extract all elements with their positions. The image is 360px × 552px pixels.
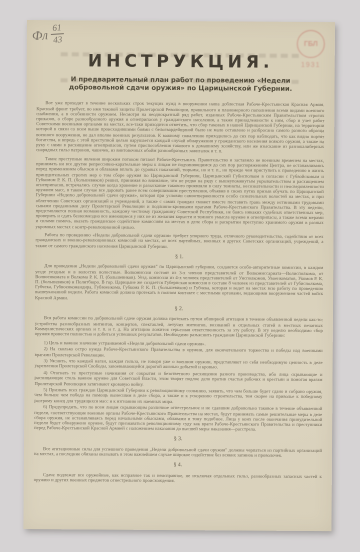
list-item: 3) Уяснить, что каждый наган, каждая гил…	[35, 358, 323, 370]
section-paragraph: Сдаче подлежат все оружейные, как исправ…	[34, 472, 322, 484]
archive-mark-fraction: 61 43	[50, 23, 64, 45]
intro-paragraph: Такие преступные явления широким потоком…	[36, 156, 325, 231]
list-item: 6) Предупредить, что по всем лицам скрыв…	[34, 404, 322, 432]
section-heading: § 4.	[34, 461, 322, 469]
library-stamp: ГБЛ 1931	[297, 30, 325, 69]
scan-background: Фл 61 43 ГБЛ 1931 ИНСТРУКЦИЯ. И предвари…	[0, 0, 360, 552]
library-stamp-year: 1931	[297, 62, 325, 69]
section-paragraph: Вся работа комиссии по добровольной сдач…	[35, 315, 323, 338]
list-item: 2) На сколько остро нужда Рабоче-Крестья…	[35, 346, 323, 358]
document-body: Вот уже проходит в течение нескольких ст…	[24, 100, 335, 484]
intro-paragraph: Вот уже проходит в течение нескольких ст…	[36, 100, 324, 154]
section-heading: § 2.	[35, 305, 323, 313]
intro-paragraph: Работа по проведению «Недели добровольно…	[35, 232, 323, 250]
archive-mark: Фл 61 43	[31, 23, 64, 46]
library-stamp-text: ГБЛ	[304, 40, 318, 47]
list-item: 4) Отогнать те преступные начинания от с…	[34, 370, 322, 388]
archive-mark-denominator: 43	[51, 34, 65, 45]
section-heading: § 1.	[35, 253, 323, 261]
archive-mark-prefix: Фл	[32, 28, 49, 42]
section-paragraph: Для проведения „Недели добровольной сдач…	[35, 263, 323, 301]
list-item: 5) Призвать всех граждан Царицынской Губ…	[34, 387, 322, 405]
library-stamp-circle-icon: ГБЛ	[297, 30, 325, 58]
section-paragraph: Все агитационные силы для успешного пров…	[34, 446, 322, 458]
document-paper: Фл 61 43 ГБЛ 1931 ИНСТРУКЦИЯ. И предвари…	[23, 20, 335, 531]
section-heading: § 3.	[34, 435, 322, 443]
archive-mark-numerator: 61	[50, 23, 64, 35]
